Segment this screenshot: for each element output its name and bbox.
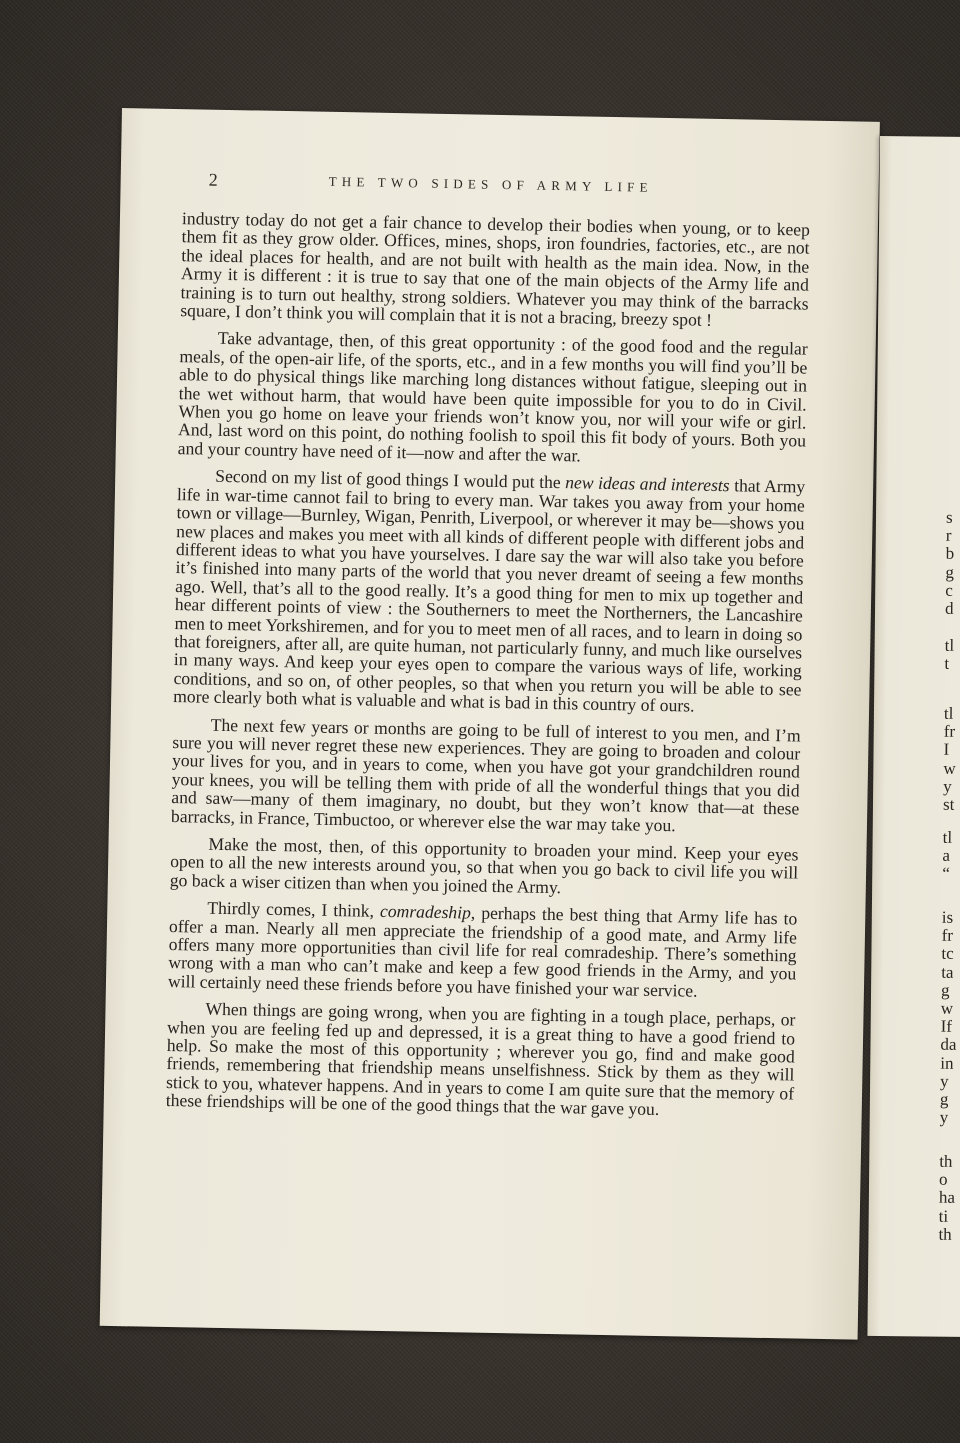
paragraph-1: industry today do not get a fair chance … — [180, 209, 810, 331]
paragraph-2: Take advantage, then, of this great oppo… — [178, 329, 808, 469]
facing-fragment-b: tl t — [944, 637, 954, 674]
paragraph-4: The next few years or months are going t… — [171, 715, 801, 837]
facing-fragment-d: tl a “ — [942, 829, 952, 884]
paragraph-text: that Army life in war-time cannot fail t… — [173, 475, 805, 715]
paragraph-text: When things are going wrong, when you ar… — [166, 999, 796, 1119]
paragraph-5: Make the most, then, of this opportunity… — [170, 834, 799, 901]
running-head-title: THE TWO SIDES OF ARMY LIFE — [329, 174, 653, 196]
paragraph-text: Make the most, then, of this opportunity… — [170, 834, 799, 897]
facing-fragment-c: tl fr I w y st — [943, 705, 956, 814]
facing-fragment-a: s r b g c d — [945, 509, 955, 618]
paragraph-text: , perhaps the best thing that Army life … — [168, 903, 798, 1001]
left-page: 2 THE TWO SIDES OF ARMY LIFE industry to… — [100, 108, 880, 1340]
paragraph-text: The next few years or months are going t… — [171, 714, 801, 835]
paragraph-7: When things are going wrong, when you ar… — [166, 999, 796, 1121]
body-text: industry today do not get a fair chance … — [165, 209, 810, 1130]
paragraph-3: Second on my list of good things I would… — [173, 466, 805, 717]
facing-fragment-e: is fr tc ta g w If da in y g y — [940, 909, 958, 1128]
facing-page: s r b g c d tl t tl fr I w y st tl a “ i… — [867, 136, 960, 1337]
running-head: 2 THE TWO SIDES OF ARMY LIFE — [209, 170, 819, 181]
facing-fragment-f: th o ha ti th — [938, 1153, 955, 1244]
page-number: 2 — [209, 170, 218, 191]
paragraph-6: Thirdly comes, I think, comradeship, per… — [168, 898, 798, 1002]
paragraph-text: Take advantage, then, of this great oppo… — [178, 328, 808, 465]
paragraph-text: industry today do not get a fair chance … — [180, 208, 810, 330]
